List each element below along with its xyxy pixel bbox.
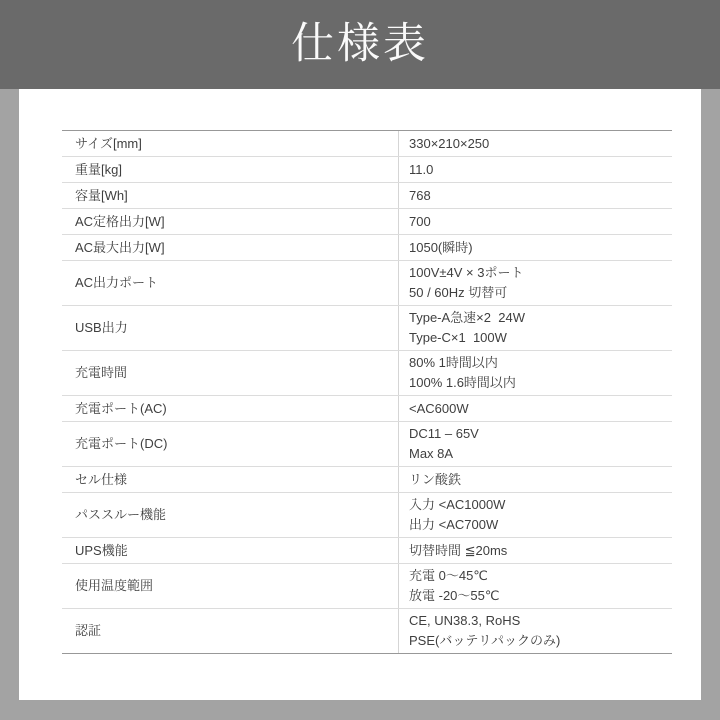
spec-label-cell: 認証 (62, 609, 398, 653)
spec-value-cell: <AC600W (398, 396, 672, 421)
spec-label: AC最大出力[W] (75, 238, 398, 258)
spec-label: 重量[kg] (75, 160, 398, 180)
spec-label-cell: 充電ポート(AC) (62, 396, 398, 421)
spec-label-cell: AC定格出力[W] (62, 209, 398, 234)
spec-label-cell: セル仕様 (62, 467, 398, 492)
spec-value-line: 330×210×250 (409, 134, 672, 154)
spec-value-line: 50 / 60Hz 切替可 (409, 283, 672, 303)
spec-value-line: Type-C×1 100W (409, 328, 672, 348)
spec-value-cell: 11.0 (398, 157, 672, 182)
spec-label-cell: 充電ポート(DC) (62, 422, 398, 466)
spec-value-line: CE, UN38.3, RoHS (409, 611, 672, 631)
spec-value-line: 11.0 (409, 160, 672, 180)
spec-label: セル仕様 (75, 470, 398, 490)
spec-row: サイズ[mm] 330×210×250 (62, 131, 672, 156)
spec-value-cell: 330×210×250 (398, 131, 672, 156)
spec-row: 重量[kg] 11.0 (62, 156, 672, 182)
page-title: 仕様表 (291, 23, 429, 66)
spec-value-line: Type-A急速×2 24W (409, 308, 672, 328)
spec-label-cell: AC出力ポート (62, 261, 398, 305)
spec-value-line: 100V±4V × 3ポート (409, 263, 672, 283)
spec-label: 容量[Wh] (75, 186, 398, 206)
spec-row: 使用温度範囲 充電 0〜45℃放電 -20〜55℃ (62, 563, 672, 608)
spec-value-cell: 切替時間 ≦20ms (398, 538, 672, 563)
spec-value-line: 100% 1.6時間以内 (409, 373, 672, 393)
spec-value-line: 768 (409, 186, 672, 206)
spec-row: 充電ポート(DC) DC11 – 65VMax 8A (62, 421, 672, 466)
spec-label-cell: UPS機能 (62, 538, 398, 563)
spec-value-line: リン酸鉄 (409, 470, 672, 490)
spec-value-cell: 768 (398, 183, 672, 208)
spec-label: 充電ポート(DC) (75, 434, 398, 454)
spec-value-line: Max 8A (409, 444, 672, 464)
spec-value-cell: 入力 <AC1000W出力 <AC700W (398, 493, 672, 537)
spec-value-cell: 700 (398, 209, 672, 234)
spec-row: パススルー機能 入力 <AC1000W出力 <AC700W (62, 492, 672, 537)
spec-value-line: 充電 0〜45℃ (409, 566, 672, 586)
spec-row: 充電ポート(AC) <AC600W (62, 395, 672, 421)
spec-label: 充電ポート(AC) (75, 399, 398, 419)
spec-value-cell: 充電 0〜45℃放電 -20〜55℃ (398, 564, 672, 608)
spec-label-cell: USB出力 (62, 306, 398, 350)
spec-value-line: <AC600W (409, 399, 672, 419)
spec-label: AC出力ポート (75, 273, 398, 293)
header-band: 仕様表 (0, 0, 720, 89)
spec-value-line: 放電 -20〜55℃ (409, 586, 672, 606)
spec-row: 認証 CE, UN38.3, RoHSPSE(バッテリパックのみ) (62, 608, 672, 653)
spec-label: USB出力 (75, 318, 398, 338)
spec-value-cell: リン酸鉄 (398, 467, 672, 492)
spec-value-line: 入力 <AC1000W (409, 495, 672, 515)
spec-value-cell: CE, UN38.3, RoHSPSE(バッテリパックのみ) (398, 609, 672, 653)
spec-label: AC定格出力[W] (75, 212, 398, 232)
spec-row: USB出力 Type-A急速×2 24WType-C×1 100W (62, 305, 672, 350)
spec-value-cell: 80% 1時間以内100% 1.6時間以内 (398, 351, 672, 395)
spec-label-cell: パススルー機能 (62, 493, 398, 537)
spec-row: 充電時間 80% 1時間以内100% 1.6時間以内 (62, 350, 672, 395)
spec-label-cell: 使用温度範囲 (62, 564, 398, 608)
spec-value-cell: DC11 – 65VMax 8A (398, 422, 672, 466)
spec-value-line: 700 (409, 212, 672, 232)
spec-row: UPS機能 切替時間 ≦20ms (62, 537, 672, 563)
spec-row: AC定格出力[W] 700 (62, 208, 672, 234)
spec-row: 容量[Wh] 768 (62, 182, 672, 208)
spec-label: 認証 (75, 621, 398, 641)
spec-row: AC出力ポート 100V±4V × 3ポート50 / 60Hz 切替可 (62, 260, 672, 305)
spec-label-cell: 容量[Wh] (62, 183, 398, 208)
spec-label-cell: 充電時間 (62, 351, 398, 395)
spec-label-cell: サイズ[mm] (62, 131, 398, 156)
spec-panel: サイズ[mm] 330×210×250 重量[kg] 11.0 容量[Wh] 7… (19, 89, 701, 700)
spec-label: UPS機能 (75, 541, 398, 561)
spec-label: サイズ[mm] (75, 134, 398, 154)
spec-label-cell: AC最大出力[W] (62, 235, 398, 260)
spec-value-line: 80% 1時間以内 (409, 353, 672, 373)
spec-value-line: DC11 – 65V (409, 424, 672, 444)
spec-row: AC最大出力[W] 1050(瞬時) (62, 234, 672, 260)
spec-value-cell: 1050(瞬時) (398, 235, 672, 260)
spec-value-cell: Type-A急速×2 24WType-C×1 100W (398, 306, 672, 350)
spec-value-line: 出力 <AC700W (409, 515, 672, 535)
spec-label: 使用温度範囲 (75, 576, 398, 596)
spec-value-cell: 100V±4V × 3ポート50 / 60Hz 切替可 (398, 261, 672, 305)
spec-value-line: PSE(バッテリパックのみ) (409, 631, 672, 651)
spec-label-cell: 重量[kg] (62, 157, 398, 182)
spec-table: サイズ[mm] 330×210×250 重量[kg] 11.0 容量[Wh] 7… (62, 130, 672, 654)
spec-value-line: 1050(瞬時) (409, 238, 672, 258)
spec-row: セル仕様 リン酸鉄 (62, 466, 672, 492)
spec-value-line: 切替時間 ≦20ms (409, 541, 672, 561)
spec-label: パススルー機能 (75, 505, 398, 525)
spec-label: 充電時間 (75, 363, 398, 383)
